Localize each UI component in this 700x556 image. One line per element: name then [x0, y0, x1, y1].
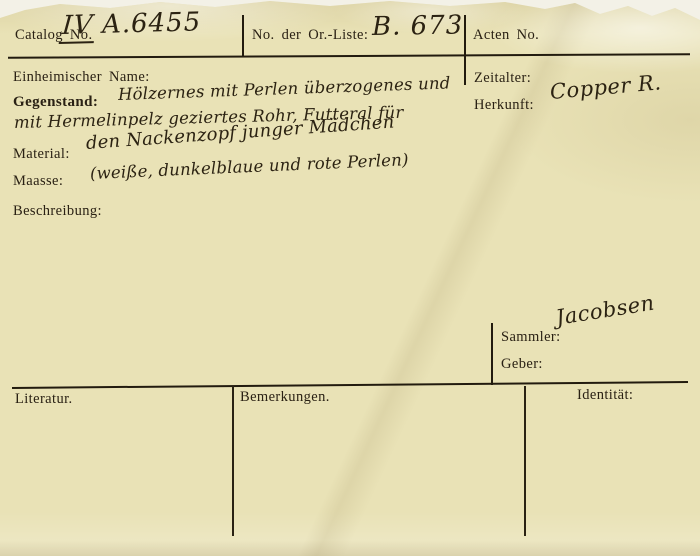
gegenstand-handwriting-line4: (weiße, dunkelblaue und rote Perlen) [90, 150, 409, 183]
header-rule [8, 53, 690, 59]
bemerkungen-label: Bemerkungen. [240, 389, 330, 406]
catalog-roman-numeral: IV [59, 10, 97, 44]
sammler-label: Sammler: [501, 329, 561, 346]
scanned-catalog-card: Catalog No. IVA.6455 No. der Or.-Liste: … [0, 0, 700, 556]
gegenstand-label: Gegenstand: [13, 94, 98, 111]
identitaet-label: Identität: [577, 387, 633, 404]
header-divider-2 [464, 15, 466, 85]
herkunft-label: Herkunft: [474, 97, 534, 114]
acten-no-label: Acten No. [473, 27, 539, 44]
footer-divider-1 [232, 386, 234, 536]
or-liste-label: No. der Or.-Liste: [252, 27, 368, 44]
sammler-divider [491, 323, 493, 385]
zeitalter-label: Zeitalter: [474, 70, 531, 87]
or-liste-value: B. 673 [372, 10, 464, 42]
herkunft-handwriting: Copper R. [549, 70, 662, 104]
card-paper: Catalog No. IVA.6455 No. der Or.-Liste: … [0, 0, 700, 556]
maasse-label: Maasse: [13, 173, 63, 190]
material-label: Material: [13, 146, 70, 163]
header-divider-1 [242, 15, 244, 56]
footer-divider-2 [524, 386, 526, 536]
sammler-handwriting: Jacobsen [554, 291, 656, 330]
einheimischer-name-label: Einheimischer Name: [13, 69, 150, 86]
gegenstand-handwriting-line1: Hölzernes mit Perlen überzogenes und [118, 73, 451, 104]
literatur-label: Literatur. [15, 391, 73, 408]
catalog-number: A.6455 [102, 7, 202, 40]
beschreibung-label: Beschreibung: [13, 203, 102, 220]
catalog-no-value: IVA.6455 [60, 7, 202, 44]
geber-label: Geber: [501, 356, 543, 373]
